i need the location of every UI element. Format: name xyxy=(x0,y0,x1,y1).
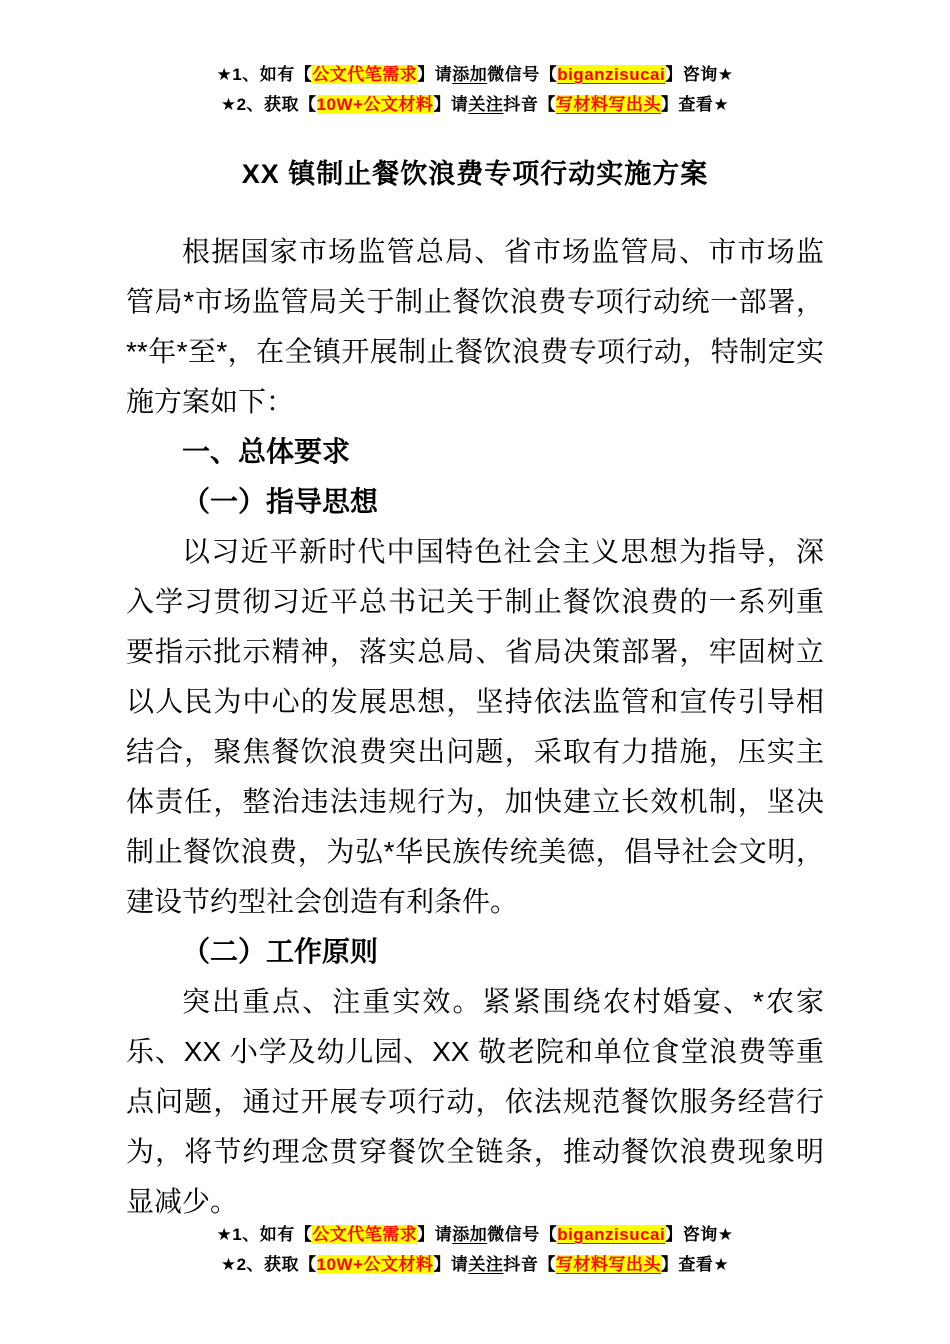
doc-paragraph: 以习近平新时代中国特色社会主义思想为指导，深入学习贯彻习近平总书记关于制止餐饮浪… xyxy=(126,527,824,927)
promo-footer-line-2: ★2、获取【10W+公文材料】请关注抖音【写材料写出头】查看★ xyxy=(0,1250,950,1280)
document-body: 根据国家市场监管总局、省市场监管局、市市场监管局*市场监管局关于制止餐饮浪费专项… xyxy=(126,227,824,1227)
promo-header-line-1: ★1、如有【公文代笔需求】请添加微信号【biganzisucai】咨询★ xyxy=(0,60,950,90)
promo-segment: 添加 xyxy=(452,65,487,84)
doc-section-heading: 一、总体要求 xyxy=(126,427,824,477)
promo-footer-line-1: ★1、如有【公文代笔需求】请添加微信号【biganzisucai】咨询★ xyxy=(0,1220,950,1250)
promo-segment: 公文代笔需求 xyxy=(312,1225,417,1244)
promo-segment: ★1、如有【 xyxy=(217,1225,313,1244)
promo-segment: 10W+公文材料 xyxy=(317,1255,434,1274)
promo-segment: ★2、获取【 xyxy=(221,1255,317,1274)
promo-segment: 关注 xyxy=(468,95,503,114)
doc-section-heading: （二）工作原则 xyxy=(126,927,824,977)
promo-segment: 】请 xyxy=(433,95,468,114)
promo-segment: 】查看★ xyxy=(661,1255,729,1274)
promo-segment: 】咨询★ xyxy=(665,65,733,84)
promo-segment: ★2、获取【 xyxy=(221,95,317,114)
doc-paragraph: 根据国家市场监管总局、省市场监管局、市市场监管局*市场监管局关于制止餐饮浪费专项… xyxy=(126,227,824,427)
promo-segment: 微信号【 xyxy=(487,65,557,84)
promo-segment: 抖音【 xyxy=(503,95,556,114)
document-page: ★1、如有【公文代笔需求】请添加微信号【biganzisucai】咨询★ ★2、… xyxy=(0,0,950,1344)
promo-segment: ★1、如有【 xyxy=(217,65,313,84)
promo-segment: 】请 xyxy=(417,65,452,84)
promo-segment: 公文代笔需求 xyxy=(312,65,417,84)
document-title: XX 镇制止餐饮浪费专项行动实施方案 xyxy=(0,152,950,191)
promo-segment: 写材料写出头 xyxy=(556,95,661,114)
promo-segment: 关注 xyxy=(468,1255,503,1274)
promo-segment: 】请 xyxy=(433,1255,468,1274)
promo-segment: biganzisucai xyxy=(557,1225,665,1244)
promo-header-line-2: ★2、获取【10W+公文材料】请关注抖音【写材料写出头】查看★ xyxy=(0,90,950,120)
doc-section-heading: （一）指导思想 xyxy=(126,477,824,527)
promo-segment: 添加 xyxy=(452,1225,487,1244)
promo-footer: ★1、如有【公文代笔需求】请添加微信号【biganzisucai】咨询★ ★2、… xyxy=(0,1220,950,1280)
promo-segment: 】咨询★ xyxy=(665,1225,733,1244)
doc-paragraph: 突出重点、注重实效。紧紧围绕农村婚宴、*农家乐、XX 小学及幼儿园、XX 敬老院… xyxy=(126,977,824,1227)
promo-segment: 写材料写出头 xyxy=(556,1255,661,1274)
promo-segment: biganzisucai xyxy=(557,65,665,84)
promo-header: ★1、如有【公文代笔需求】请添加微信号【biganzisucai】咨询★ ★2、… xyxy=(0,0,950,120)
promo-segment: 】查看★ xyxy=(661,95,729,114)
promo-segment: 】请 xyxy=(417,1225,452,1244)
promo-segment: 微信号【 xyxy=(487,1225,557,1244)
promo-segment: 10W+公文材料 xyxy=(317,95,434,114)
promo-segment: 抖音【 xyxy=(503,1255,556,1274)
